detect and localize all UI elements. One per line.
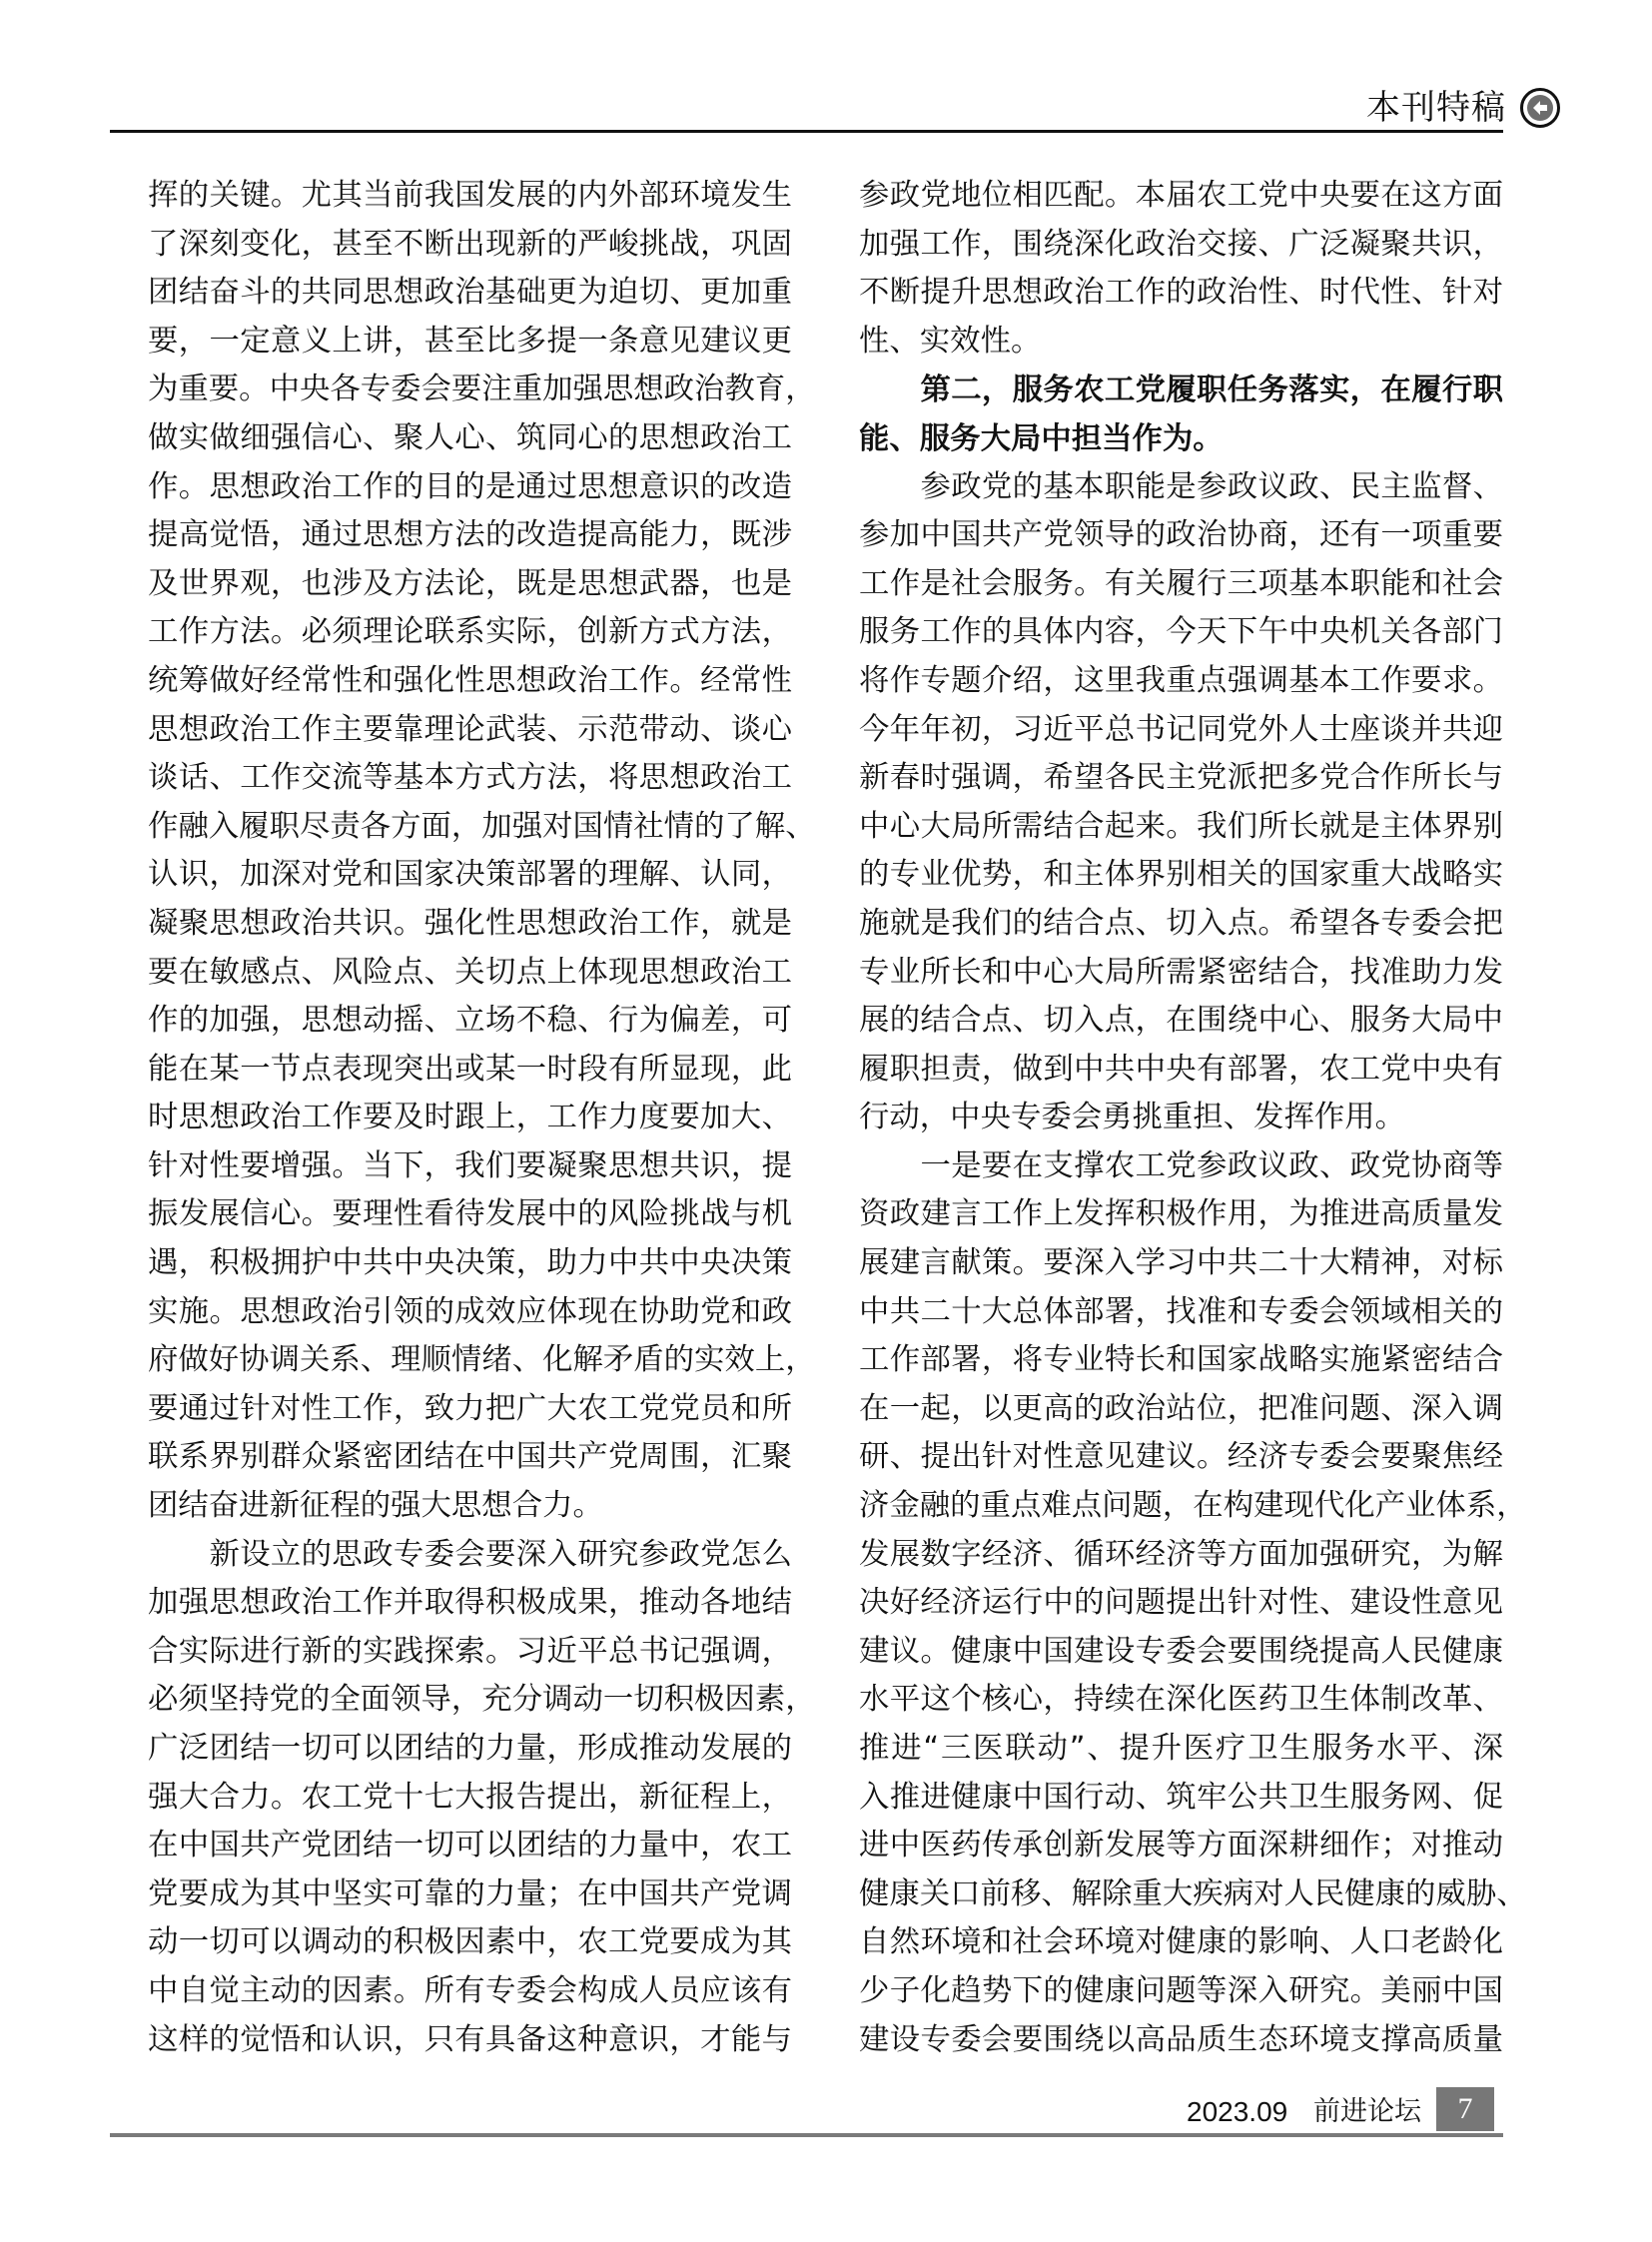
article-column-left: 挥的关键。尤其当前我国发展的内外部环境发生了深刻变化，甚至不断出现新的严峻挑战，… — [148, 172, 792, 2064]
body-text-line: 服务工作的具体内容，今天下午中央机关各部门 — [859, 608, 1503, 657]
body-text-line: 认识，加深对党和国家决策部署的理解、认同， — [148, 851, 792, 900]
body-text-line: 要通过针对性工作，致力把广大农工党党员和所 — [148, 1385, 792, 1434]
body-text-line: 施就是我们的结合点、切入点。希望各专委会把 — [859, 900, 1503, 949]
body-text-line: 新设立的思政专委会要深入研究参政党怎么 — [148, 1531, 792, 1580]
body-text-line: 谈话、工作交流等基本方式方法，将思想政治工 — [148, 754, 792, 803]
body-text-line: 的专业优势，和主体界别相关的国家重大战略实 — [859, 851, 1503, 900]
body-text-line: 工作部署，将专业特长和国家战略实施紧密结合 — [859, 1336, 1503, 1385]
body-text-line: 凝聚思想政治共识。强化性思想政治工作，就是 — [148, 900, 792, 949]
magazine-name: 前进论坛 — [1313, 2095, 1421, 2129]
body-text-line: 府做好协调关系、理顺情绪、化解矛盾的实效上， — [148, 1336, 792, 1385]
body-text-line: 实施。思想政治引领的成效应体现在协助党和政 — [148, 1288, 792, 1337]
body-text-line: 进中医药传承创新发展等方面深耕细作；对推动 — [859, 1822, 1503, 1870]
body-text-line: 参政党的基本职能是参政议政、民主监督、 — [859, 463, 1503, 512]
body-text-line: 行动，中央专委会勇挑重担、发挥作用。 — [859, 1094, 1503, 1142]
body-text-line: 资政建言工作上发挥积极作用，为推进高质量发 — [859, 1190, 1503, 1239]
body-text-line: 新春时强调，希望各民主党派把多党合作所长与 — [859, 754, 1503, 803]
issue-date: 2023.09 — [1187, 2095, 1287, 2129]
body-text-line: 入推进健康中国行动、筑牢公共卫生服务网、促 — [859, 1774, 1503, 1823]
body-text-line: 针对性要增强。当下，我们要凝聚思想共识，提 — [148, 1142, 792, 1191]
arrow-left-glyph-icon — [1527, 95, 1553, 121]
body-text-line: 不断提升思想政治工作的政治性、时代性、针对 — [859, 269, 1503, 318]
body-text-line: 作融入履职尽责各方面，加强对国情社情的了解、 — [148, 803, 792, 852]
body-text-line: 时思想政治工作要及时跟上，工作力度要加大、 — [148, 1094, 792, 1142]
body-text-line: 提高觉悟，通过思想方法的改造提高能力，既涉 — [148, 511, 792, 560]
body-text-line: 一是要在支撑农工党参政议政、政党协商等 — [859, 1142, 1503, 1191]
article-column-right: 参政党地位相匹配。本届农工党中央要在这方面加强工作，围绕深化政治交接、广泛凝聚共… — [859, 172, 1503, 2064]
body-text-line: 要，一定意义上讲，甚至比多提一条意见建议更 — [148, 318, 792, 367]
body-text-line: 推进“三医联动”、提升医疗卫生服务水平、深 — [859, 1725, 1503, 1774]
body-text-line: 做实做细强信心、聚人心、筑同心的思想政治工 — [148, 414, 792, 463]
body-text-line: 履职担责，做到中共中央有部署，农工党中央有 — [859, 1046, 1503, 1095]
body-text-line: 作。思想政治工作的目的是通过思想意识的改造 — [148, 463, 792, 512]
body-text-line: 水平这个核心，持续在深化医药卫生体制改革、 — [859, 1676, 1503, 1725]
body-text-line: 统筹做好经常性和强化性思想政治工作。经常性 — [148, 657, 792, 706]
section-heading-line: 能、服务大局中担当作为。 — [859, 414, 1503, 463]
body-text-line: 遇，积极拥护中共中央决策，助力中共中央决策 — [148, 1239, 792, 1288]
body-text-line: 合实际进行新的实践探索。习近平总书记强调， — [148, 1628, 792, 1677]
body-text-line: 性、实效性。 — [859, 318, 1503, 367]
body-text-line: 团结奋进新征程的强大思想合力。 — [148, 1482, 792, 1531]
body-text-line: 少子化趋势下的健康问题等深入研究。美丽中国 — [859, 1967, 1503, 2016]
section-title: 本刊特稿 — [1366, 88, 1506, 128]
body-text-line: 建设专委会要围绕以高品质生态环境支撑高质量 — [859, 2016, 1503, 2065]
body-text-line: 必须坚持党的全面领导，充分调动一切积极因素， — [148, 1676, 792, 1725]
body-text-line: 强大合力。农工党十七大报告提出，新征程上， — [148, 1774, 792, 1823]
body-text-line: 中心大局所需结合起来。我们所长就是主体界别 — [859, 803, 1503, 852]
body-text-line: 展建言献策。要深入学习中共二十大精神，对标 — [859, 1239, 1503, 1288]
body-text-line: 专业所长和中心大局所需紧密结合，找准助力发 — [859, 949, 1503, 998]
body-text-line: 思想政治工作主要靠理论武装、示范带动、谈心 — [148, 706, 792, 755]
body-text-line: 振发展信心。要理性看待发展中的风险挑战与机 — [148, 1190, 792, 1239]
body-text-line: 加强工作，围绕深化政治交接、广泛凝聚共识， — [859, 221, 1503, 270]
body-text-line: 决好经济运行中的问题提出针对性、建设性意见 — [859, 1579, 1503, 1628]
body-text-line: 自然环境和社会环境对健康的影响、人口老龄化 — [859, 1918, 1503, 1967]
header-rule — [110, 130, 1503, 133]
body-text-line: 中共二十大总体部署，找准和专委会领域相关的 — [859, 1288, 1503, 1337]
body-text-line: 健康关口前移、解除重大疾病对人民健康的威胁、 — [859, 1870, 1503, 1919]
body-text-line: 中自觉主动的因素。所有专委会构成人员应该有 — [148, 1967, 792, 2016]
body-text-line: 研、提出针对性意见建议。经济专委会要聚焦经 — [859, 1433, 1503, 1482]
body-text-line: 为重要。中央各专委会要注重加强思想政治教育， — [148, 366, 792, 414]
body-text-line: 党要成为其中坚实可靠的力量；在中国共产党调 — [148, 1870, 792, 1919]
body-text-line: 挥的关键。尤其当前我国发展的内外部环境发生 — [148, 172, 792, 221]
body-text-line: 这样的觉悟和认识，只有具备这种意识，才能与 — [148, 2016, 792, 2065]
footer-rule — [110, 2133, 1503, 2137]
body-text-line: 参政党地位相匹配。本届农工党中央要在这方面 — [859, 172, 1503, 221]
body-text-line: 建议。健康中国建设专委会要围绕提高人民健康 — [859, 1628, 1503, 1677]
body-text-line: 加强思想政治工作并取得积极成果，推动各地结 — [148, 1579, 792, 1628]
body-text-line: 了深刻变化，甚至不断出现新的严峻挑战，巩固 — [148, 221, 792, 270]
body-text-line: 在中国共产党团结一切可以团结的力量中，农工 — [148, 1822, 792, 1870]
body-text-line: 展的结合点、切入点，在围绕中心、服务大局中 — [859, 997, 1503, 1046]
body-text-line: 在一起，以更高的政治站位，把准问题、深入调 — [859, 1385, 1503, 1434]
body-text-line: 动一切可以调动的积极因素中，农工党要成为其 — [148, 1918, 792, 1967]
arrow-left-circle-icon — [1520, 88, 1560, 128]
body-text-line: 发展数字经济、循环经济等方面加强研究，为解 — [859, 1531, 1503, 1580]
body-text-line: 参加中国共产党领导的政治协商，还有一项重要 — [859, 511, 1503, 560]
body-text-line: 要在敏感点、风险点、关切点上体现思想政治工 — [148, 949, 792, 998]
body-text-line: 将作专题介绍，这里我重点强调基本工作要求。 — [859, 657, 1503, 706]
body-text-line: 今年年初，习近平总书记同党外人士座谈并共迎 — [859, 706, 1503, 755]
body-text-line: 团结奋斗的共同思想政治基础更为迫切、更加重 — [148, 269, 792, 318]
body-text-line: 工作是社会服务。有关履行三项基本职能和社会 — [859, 560, 1503, 609]
body-text-line: 联系界别群众紧密团结在中国共产党周围，汇聚 — [148, 1433, 792, 1482]
body-text-line: 工作方法。必须理论联系实际，创新方式方法， — [148, 608, 792, 657]
section-heading-line: 第二，服务农工党履职任务落实，在履行职 — [859, 366, 1503, 414]
body-text-line: 作的加强，思想动摇、立场不稳、行为偏差，可 — [148, 997, 792, 1046]
page-number: 7 — [1436, 2087, 1494, 2131]
body-text-line: 能在某一节点表现突出或某一时段有所显现，此 — [148, 1046, 792, 1095]
body-text-line: 广泛团结一切可以团结的力量，形成推动发展的 — [148, 1725, 792, 1774]
body-text-line: 及世界观，也涉及方法论，既是思想武器，也是 — [148, 560, 792, 609]
body-text-line: 济金融的重点难点问题，在构建现代化产业体系， — [859, 1482, 1503, 1531]
